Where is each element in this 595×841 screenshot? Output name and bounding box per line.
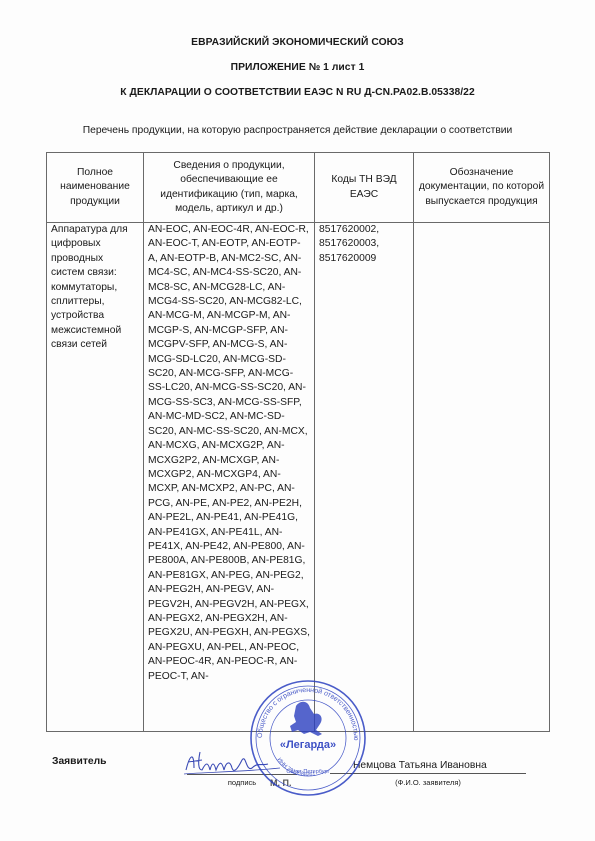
company-seal-icon: Общество с ограниченной ответственностью… xyxy=(248,678,368,798)
column-header-hs-codes: Коды ТН ВЭД ЕАЭС xyxy=(315,153,414,223)
table-row: Аппаратура для цифровых проводных систем… xyxy=(47,223,550,732)
document-page: ЕВРАЗИЙСКИЙ ЭКОНОМИЧЕСКИЙ СОЮЗ ПРИЛОЖЕНИ… xyxy=(0,0,595,841)
product-models-cell: AN-EOC, AN-EOC-4R, AN-EOC-R, AN-EOC-T, A… xyxy=(144,223,315,732)
table-header-row: Полное наименование продукции Сведения о… xyxy=(47,153,550,223)
stamp-company-name: «Легарда» xyxy=(280,739,336,751)
hs-codes-cell: 8517620002, 8517620003, 8517620009 xyxy=(315,223,414,732)
hs-code: 8517620002, xyxy=(319,223,409,237)
union-title: ЕВРАЗИЙСКИЙ ЭКОНОМИЧЕСКИЙ СОЮЗ xyxy=(0,37,595,48)
applicant-name: Немцова Татьяна Ивановна xyxy=(353,760,487,771)
product-table: Полное наименование продукции Сведения о… xyxy=(46,152,550,732)
declaration-number: К ДЕКЛАРАЦИИ О СООТВЕТСТВИИ ЕАЭС N RU Д-… xyxy=(0,87,595,98)
appendix-title: ПРИЛОЖЕНИЕ № 1 лист 1 xyxy=(0,62,595,73)
product-list-subtitle: Перечень продукции, на которую распростр… xyxy=(0,125,595,136)
column-header-documentation: Обозначение документации, по которой вып… xyxy=(414,153,550,223)
applicant-label: Заявитель xyxy=(52,756,107,767)
stamp-city: Санкт-Петербург xyxy=(286,769,329,775)
documentation-cell xyxy=(414,223,550,732)
hs-code: 8517620009 xyxy=(319,252,409,266)
column-header-identification: Сведения о продукции, обеспечивающие ее … xyxy=(144,153,315,223)
hs-code: 8517620003, xyxy=(319,237,409,251)
column-header-name: Полное наименование продукции xyxy=(47,153,144,223)
product-name-cell: Аппаратура для цифровых проводных систем… xyxy=(47,223,144,732)
